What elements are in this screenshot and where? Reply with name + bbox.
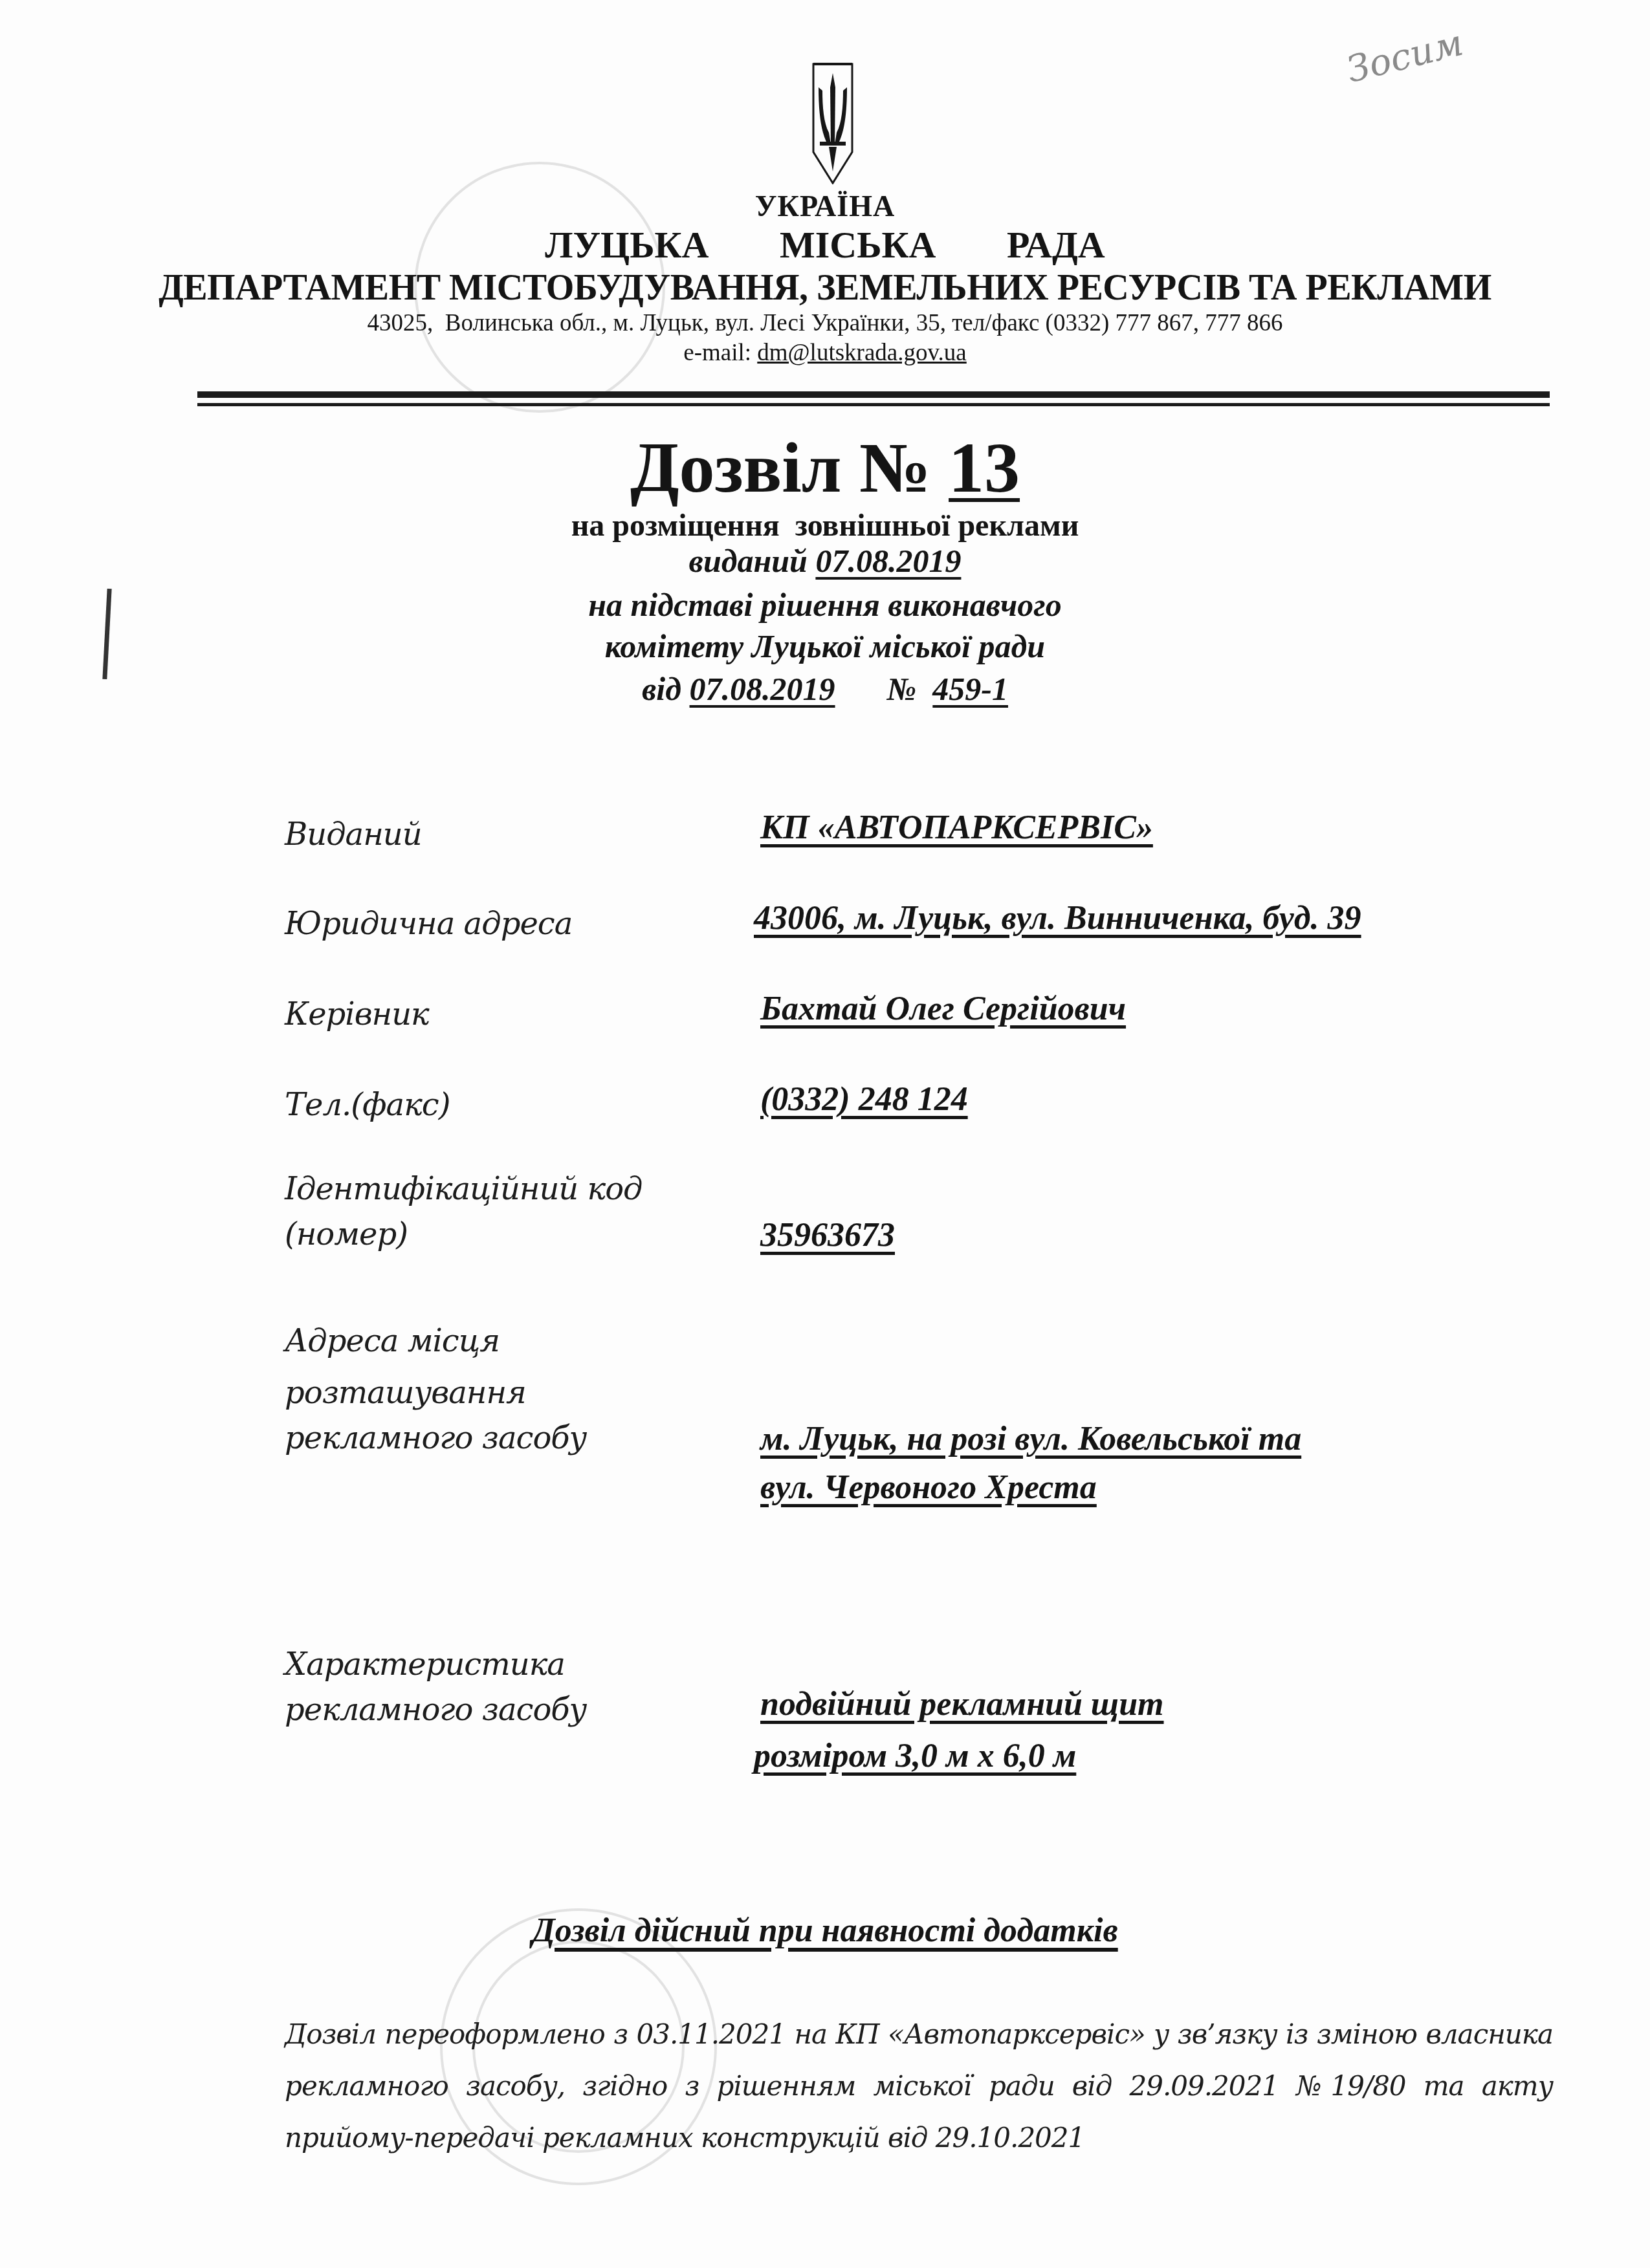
country-name: УКРАЇНА	[0, 189, 1650, 223]
email-link[interactable]: dm@lutskrada.gov.ua	[757, 340, 967, 366]
decision-number: 459-1	[932, 671, 1008, 707]
director-label: Керівник	[285, 996, 429, 1032]
location-label-3: рекламного засобу	[285, 1420, 586, 1456]
legal-address-value: 43006, м. Луцьк, вул. Винниченка, буд. 3…	[754, 899, 1361, 937]
basis-line-1: на підставі рішення виконавчого	[0, 586, 1650, 624]
issued-to-value: КП «АВТОПАРКСЕРВІС»	[760, 809, 1153, 847]
decision-number-label: №	[887, 671, 933, 707]
issued-to-label: Виданий	[285, 816, 422, 853]
trident-coat-of-arms-icon	[812, 61, 853, 184]
permit-issued-line: виданий 07.08.2019	[0, 542, 1650, 580]
header-divider	[197, 391, 1550, 398]
header-divider	[197, 403, 1550, 406]
decision-date: 07.08.2019	[690, 671, 835, 707]
issued-label: виданий	[689, 543, 816, 579]
location-value-1: м. Луцьк, на розі вул. Ковельської та	[760, 1420, 1301, 1458]
permit-title-prefix: Дозвіл №	[630, 428, 949, 507]
reissue-note: Дозвіл переоформлено з 03.11.2021 на КП …	[285, 2009, 1553, 2164]
handwritten-note: Зосим	[1343, 22, 1468, 91]
id-code-label: Ідентифікаційний код	[285, 1171, 642, 1207]
director-value: Бахтай Олег Сергійович	[760, 990, 1126, 1028]
legal-address-label: Юридична адреса	[285, 906, 572, 942]
permit-number: 13	[949, 428, 1020, 507]
location-label-1: Адреса місця	[285, 1323, 500, 1359]
decision-date-label: від	[642, 671, 690, 707]
council-name: ЛУЦЬКА МІСЬКА РАДА	[0, 223, 1650, 267]
id-code-label-sub: (номер)	[285, 1216, 408, 1252]
department-address: 43025, Волинська обл., м. Луцьк, вул. Ле…	[0, 309, 1650, 337]
permit-subtitle: на розміщення зовнішньої реклами	[0, 508, 1650, 543]
permit-title: Дозвіл № 13	[0, 427, 1650, 509]
phone-label: Тел.(факс)	[285, 1087, 450, 1123]
characteristics-value-1: подвійний рекламний щит	[760, 1685, 1164, 1723]
phone-value: (0332) 248 124	[760, 1080, 968, 1118]
department-email-line: e-mail: dm@lutskrada.gov.ua	[0, 339, 1650, 367]
location-label-2: розташування	[285, 1375, 526, 1411]
characteristics-label-1: Характеристика	[285, 1646, 565, 1683]
characteristics-label-2: рекламного засобу	[285, 1692, 586, 1728]
department-name: ДЕПАРТАМЕНТ МІСТОБУДУВАННЯ, ЗЕМЕЛЬНИХ РЕ…	[0, 267, 1650, 309]
decision-line: від 07.08.2019№ 459-1	[0, 670, 1650, 708]
location-value-2: вул. Червоного Хреста	[760, 1468, 1097, 1507]
id-code-value: 35963673	[760, 1216, 895, 1254]
characteristics-value-2: розміром 3,0 м х 6,0 м	[754, 1737, 1076, 1775]
issued-date: 07.08.2019	[815, 543, 961, 579]
validity-note-text: Дозвіл дійсний при наявності додатків	[532, 1912, 1117, 1949]
validity-note: Дозвіл дійсний при наявності додатків	[0, 1912, 1650, 1950]
document-page: Зосим УКРАЇНА ЛУЦЬКА МІСЬКА РАДА ДЕПАРТА…	[0, 0, 1650, 2268]
basis-line-2: комітету Луцької міської ради	[0, 627, 1650, 665]
email-label: e-mail:	[683, 340, 757, 366]
